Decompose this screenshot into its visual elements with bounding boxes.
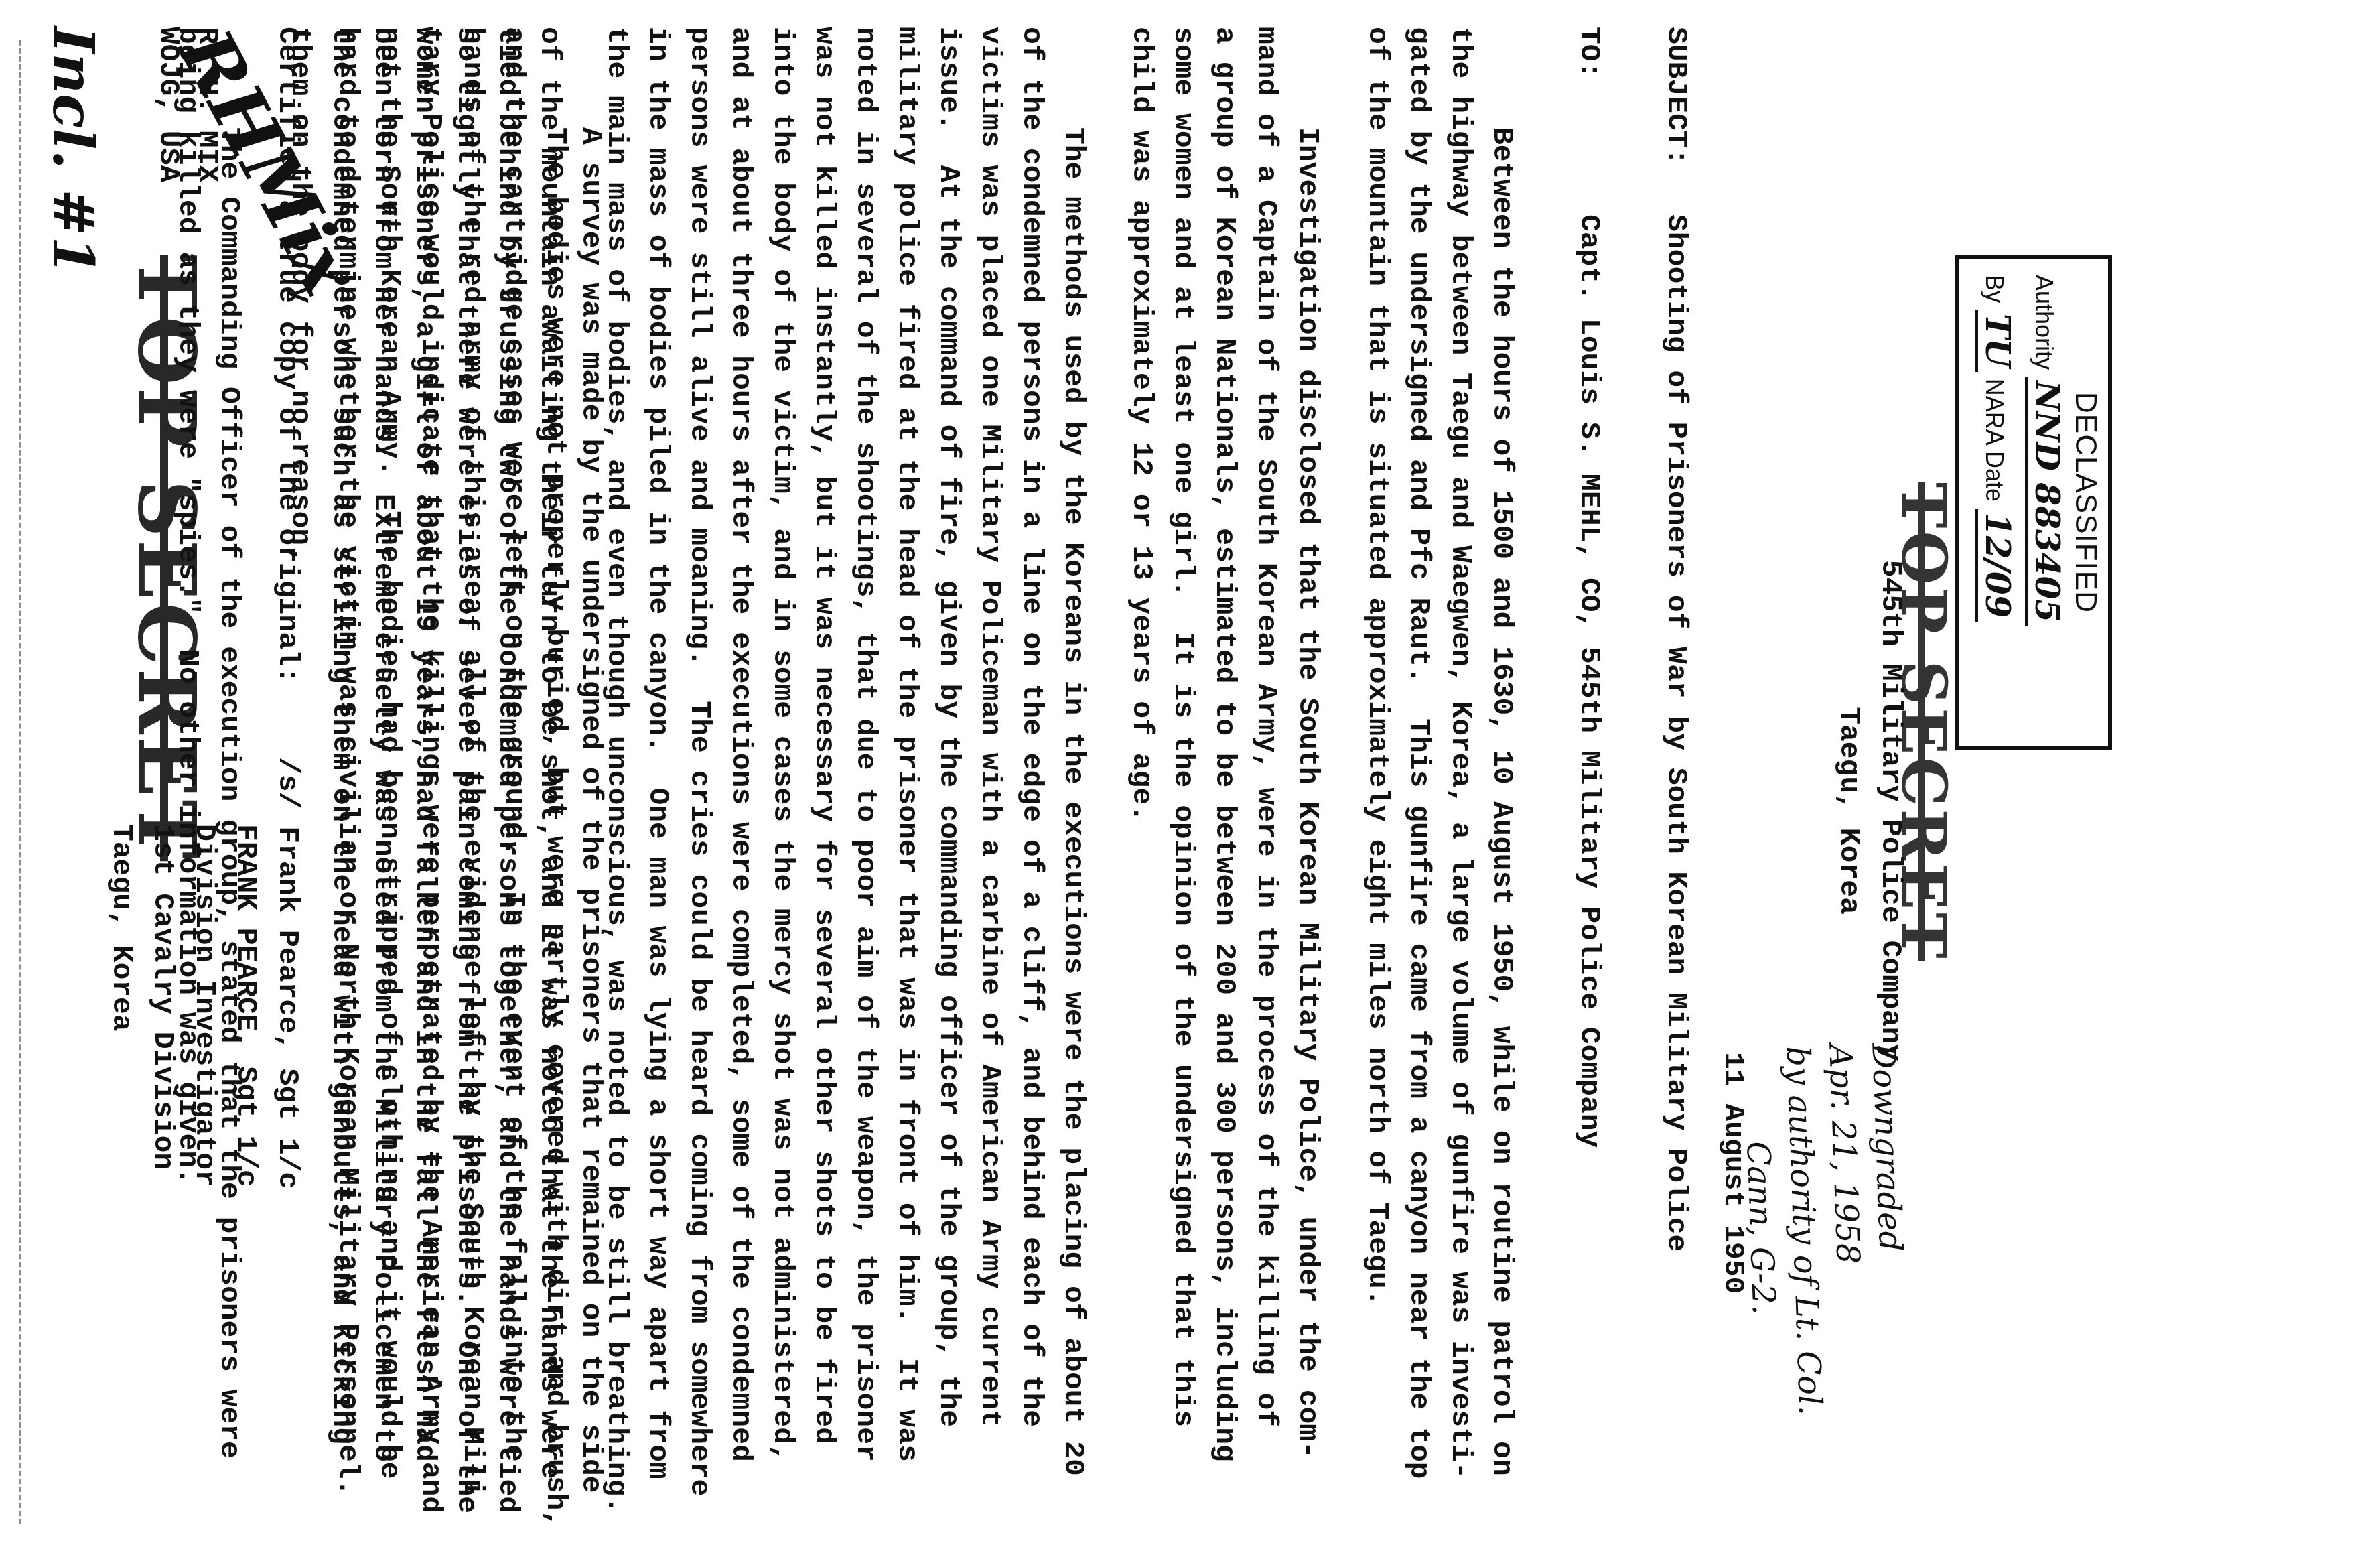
text-line: mand of a Captain of the South Korean Ar… [1245,27,1287,1400]
text-line: and at about three hours after the execu… [720,27,762,1400]
authority-value: NND 883405 [2025,377,2067,626]
text-line: tary Police would indicate that the kill… [410,27,451,1400]
text-line: not the South Korean Army. The bodies ha… [368,27,410,1400]
handwritten-downgrade-note: Downgraded Apr. 21, 1958 by authority of… [1733,1042,1917,1418]
declassified-title: DECLASSIFIED [2068,259,2103,746]
unit-name: 545th Military Police Company [1870,556,1911,1065]
text-line: child was approximately 12 or 13 years o… [1121,27,1162,1400]
authority-label: Authority [2030,275,2058,370]
scanned-document-page-lower: The bodies were not properly buried, but… [0,0,603,1551]
text-line: hands of the red army of this area, all … [451,27,493,1400]
nara-date-value: 12/09 [1975,509,2018,622]
by-value: TU [1975,310,2018,372]
text-line: of the condemned persons in a line on th… [1011,27,1052,1400]
declassified-stamp: DECLASSIFIED Authority NND 883405 By TU … [1955,255,2112,750]
subject-label: SUBJECT: [1655,27,1697,165]
text-line: a group of Korean Nationals, estimated t… [1204,27,1245,1400]
text-line: the highway between Taegu and Waegwen, K… [1440,27,1481,1400]
to-label: TO: [1568,27,1610,78]
paragraph-patrol: Between the hours of 1500 and 1630, 10 A… [1356,27,1523,1400]
text-line: gated by the undersigned and Pfc Raut. T… [1398,27,1440,1400]
text-line: military police fired at the head of the… [886,27,928,1400]
unit-location: Taegu, Korea [1828,556,1870,1065]
text-line: persons were still alive and moaning. Th… [679,27,720,1400]
text-line: The methods used by the Koreans in the e… [1052,27,1094,1400]
text-line: Investigation disclosed that the South K… [1287,27,1328,1400]
subject-text: Shooting of Prisoners of War by South Ko… [1655,214,1697,1252]
text-line: and the cartridge cases were left on the… [493,27,535,1400]
certifier-line: WOJG, USA [150,27,189,182]
text-line: into the body of the victim, and in some… [762,27,803,1400]
certifier-name: R. H. MIX WOJG, USA [150,27,228,182]
classification-stamp-crossed-out: TOP SECRET [146,255,188,861]
text-line: Between the hours of 1500 and 1630, 10 A… [1481,27,1523,1400]
paragraph-investigation: Investigation disclosed that the South K… [1121,27,1328,1400]
text-line: in the mass of bodies piled in the canyo… [637,27,679,1400]
letterhead: 545th Military Police Company Taegu, Kor… [1828,556,1911,1065]
paragraph-bodies: The bodies were not properly buried, but… [327,27,576,1400]
text-line: of the mountain that is situated approxi… [1356,27,1398,1400]
enclosure-note: Incl. #1 [52,27,94,275]
text-line: issue. At the command of fire, given by … [928,27,969,1400]
paragraph-methods: The methods used by the Koreans in the e… [596,27,1094,1400]
text-line: The bodies were not properly buried, but… [535,27,576,1400]
certifier-line: R. H. MIX [189,27,228,182]
text-line: was not killed instantly, but it was nec… [803,27,845,1400]
text-line: victims was placed one Military Policema… [969,27,1011,1400]
signature-line: FRANK PEARCE, Sgt 1/c [225,757,267,1360]
memo-date: 11 August 1950 [1712,1052,1754,1294]
by-row: By TU NARA Date 12/09 [1977,275,2014,622]
text-line: some women and at least one girl. It is … [1162,27,1204,1400]
signature-line: /s/ Frank Pearce, Sgt 1/c [267,757,308,1360]
authority-row: Authority NND 883405 [2027,275,2064,626]
text-line: noted in several of the shootings, that … [845,27,886,1400]
nara-date-label: NARA Date [1981,379,2008,502]
by-label: By [1981,275,2008,303]
to-recipient: Capt. Louis S. MEHL, CO, 545th Military … [1568,214,1610,1148]
